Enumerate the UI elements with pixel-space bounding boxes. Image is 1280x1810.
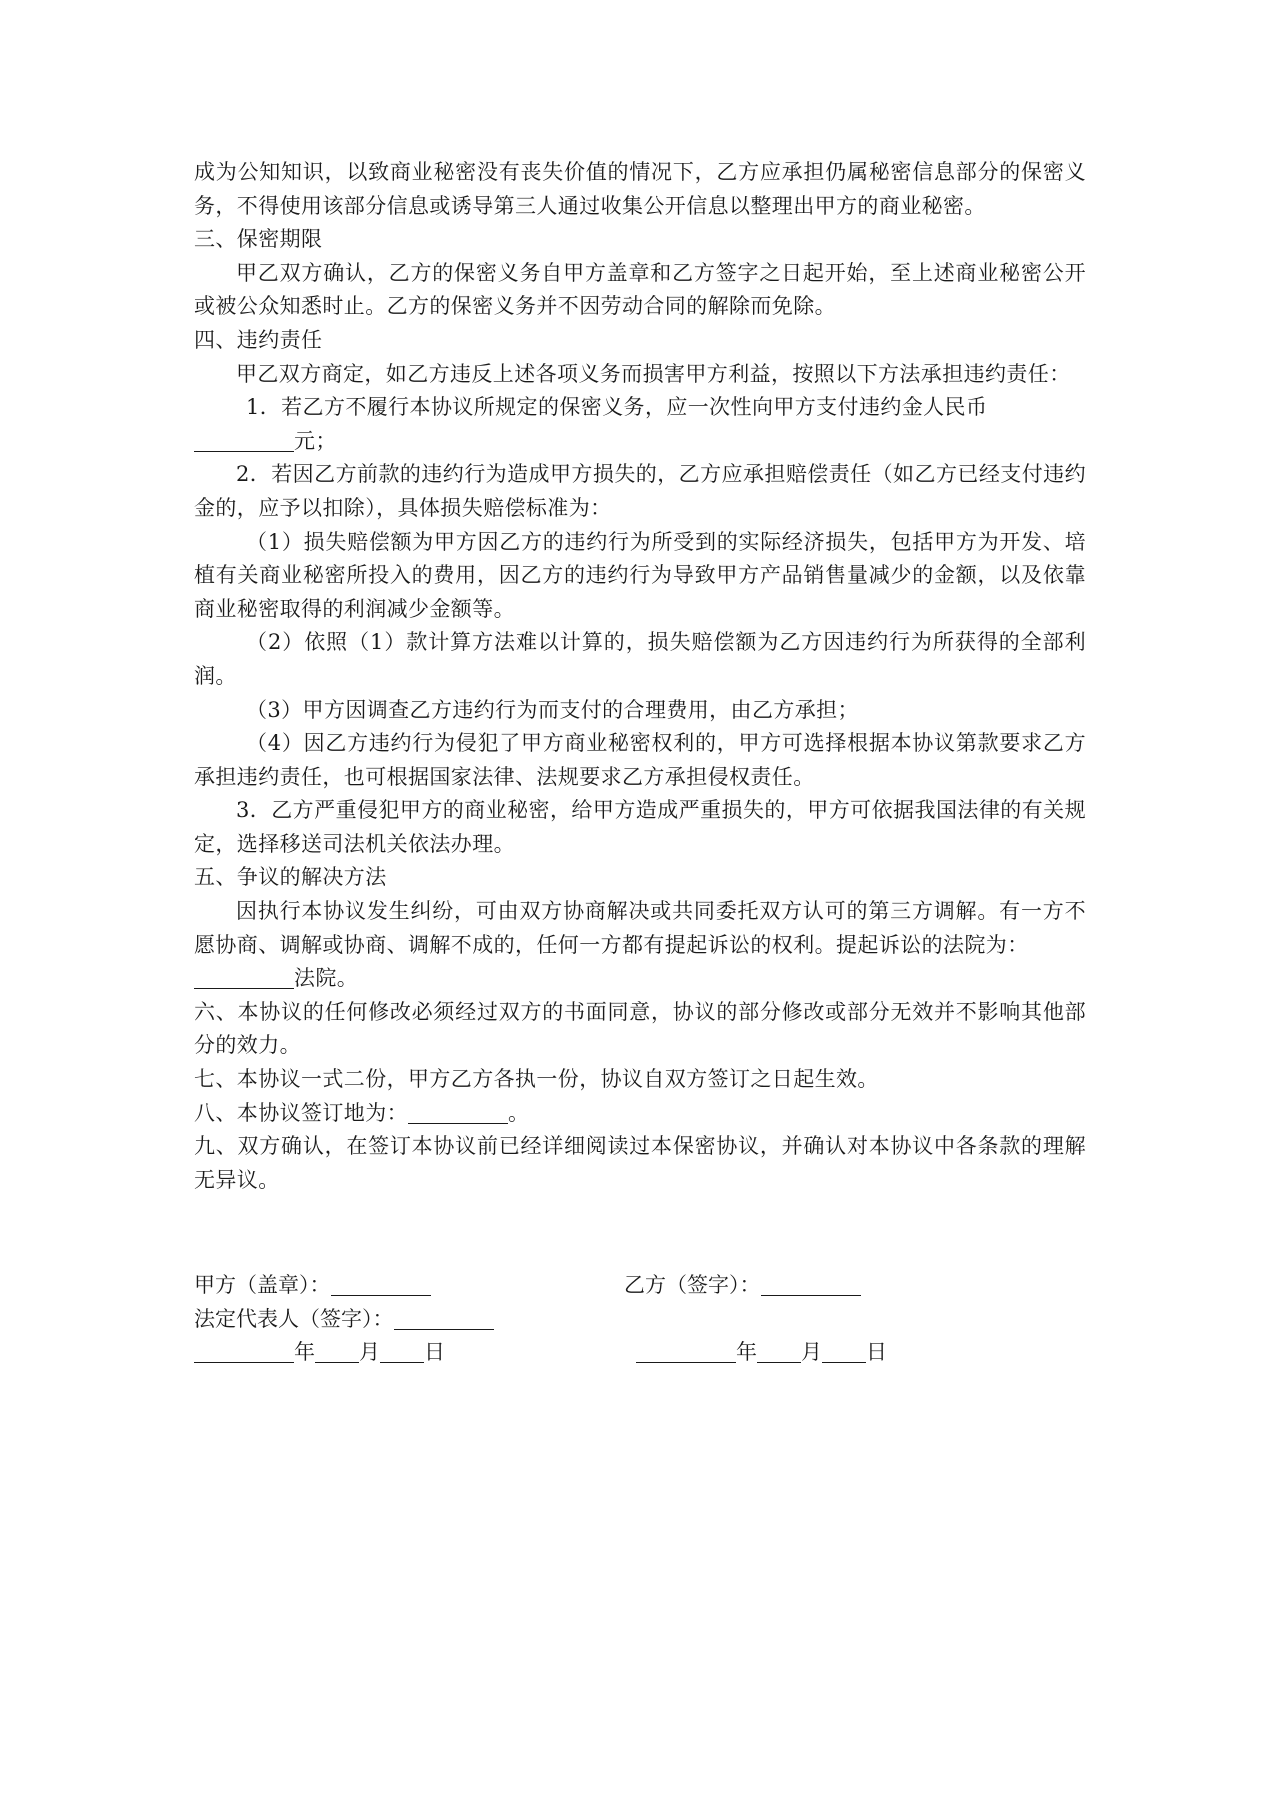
signing-place-label: 八、本协议签订地为：: [194, 1101, 408, 1125]
party-a-seal-label: 甲方（盖章）：: [194, 1273, 331, 1297]
paragraph-confidential-info-continuation: 成为公知知识，以致商业秘密没有丧失价值的情况下，乙方应承担仍属秘密信息部分的保密…: [194, 156, 1086, 223]
clause-2-item-3: （3）甲方因调查乙方违约行为而支付的合理费用，由乙方承担；: [194, 694, 1086, 728]
paragraph-confidentiality-period: 甲乙双方确认，乙方的保密义务自甲方盖章和乙方签字之日起开始，至上述商业秘密公开或…: [194, 257, 1086, 324]
section-heading-liability: 四、违约责任: [194, 324, 1086, 358]
clause-2-item-2: （2）依照（1）款计算方法难以计算的，损失赔偿额为乙方因违约行为所获得的全部利润…: [194, 626, 1086, 693]
section-9-confirmation: 九、双方确认，在签订本协议前已经详细阅读过本保密协议，并确认对本协议中各条款的理…: [194, 1130, 1086, 1197]
section-heading-confidentiality-period: 三、保密期限: [194, 223, 1086, 257]
signing-place-suffix: 。: [508, 1101, 529, 1125]
court-name-blank[interactable]: [194, 966, 294, 989]
clause-1-penalty: 1．若乙方不履行本协议所规定的保密义务，应一次性向甲方支付违约金人民币 元；: [194, 391, 1086, 458]
document-body: 成为公知知识，以致商业秘密没有丧失价值的情况下，乙方应承担仍属秘密信息部分的保密…: [194, 156, 1086, 1197]
paragraph-dispute: 因执行本协议发生纠纷，可由双方协商解决或共同委托双方认可的第三方调解。有一方不愿…: [194, 895, 1086, 996]
clause-3-criminal: 3．乙方严重侵犯甲方的商业秘密，给甲方造成严重损失的，甲方可依据我国法律的有关规…: [194, 794, 1086, 861]
section-heading-dispute: 五、争议的解决方法: [194, 861, 1086, 895]
party-a-day-blank[interactable]: [380, 1340, 424, 1363]
paragraph-liability-intro: 甲乙双方商定，如乙方违反上述各项义务而损害甲方利益，按照以下方法承担违约责任：: [194, 358, 1086, 392]
year-label: 年: [736, 1340, 757, 1364]
party-b-month-blank[interactable]: [757, 1340, 801, 1363]
clause-2-item-1: （1）损失赔偿额为甲方因乙方的违约行为所受到的实际经济损失，包括甲方为开发、培植…: [194, 526, 1086, 627]
party-b-date: 年月日: [636, 1336, 887, 1370]
month-label: 月: [801, 1340, 822, 1364]
party-a-year-blank[interactable]: [194, 1340, 294, 1363]
penalty-amount-blank[interactable]: [194, 429, 294, 452]
clause-2-item-4: （4）因乙方违约行为侵犯了甲方商业秘密权利的，甲方可选择根据本协议第款要求乙方承…: [194, 727, 1086, 794]
section-7-copies: 七、本协议一式二份，甲方乙方各执一份，协议自双方签订之日起生效。: [194, 1063, 1086, 1097]
party-b-sign-label: 乙方（签字）：: [624, 1273, 761, 1297]
legal-rep-label: 法定代表人（签字）：: [194, 1307, 394, 1331]
legal-rep-blank[interactable]: [394, 1307, 494, 1330]
party-b-sign-blank[interactable]: [761, 1273, 861, 1296]
party-a-date: 年月日: [194, 1336, 445, 1370]
clause-1-text: 1．若乙方不履行本协议所规定的保密义务，应一次性向甲方支付违约金人民币: [246, 395, 987, 419]
month-label: 月: [359, 1340, 380, 1364]
clause-2-compensation: 2．若因乙方前款的违约行为造成甲方损失的，乙方应承担赔偿责任（如乙方已经支付违约…: [194, 458, 1086, 525]
section-6-amendments: 六、本协议的任何修改必须经过双方的书面同意，协议的部分修改或部分无效并不影响其他…: [194, 996, 1086, 1063]
party-a-seal-blank[interactable]: [331, 1273, 431, 1296]
day-label: 日: [866, 1340, 887, 1364]
year-label: 年: [294, 1340, 315, 1364]
clause-1-unit: 元；: [294, 429, 337, 453]
party-b-year-blank[interactable]: [636, 1340, 736, 1363]
signature-block: 甲方（盖章）： 乙方（签字）： 法定代表人（签字）： 年月日 年月日: [194, 1269, 1094, 1370]
signing-place-blank[interactable]: [408, 1101, 508, 1124]
party-a-month-blank[interactable]: [315, 1340, 359, 1363]
section-8-signing-place: 八、本协议签订地为：。: [194, 1097, 1086, 1131]
day-label: 日: [424, 1340, 445, 1364]
court-suffix: 法院。: [294, 966, 358, 990]
party-b-day-blank[interactable]: [822, 1340, 866, 1363]
dispute-text: 因执行本协议发生纠纷，可由双方协商解决或共同委托双方认可的第三方调解。有一方不愿…: [194, 899, 1086, 957]
